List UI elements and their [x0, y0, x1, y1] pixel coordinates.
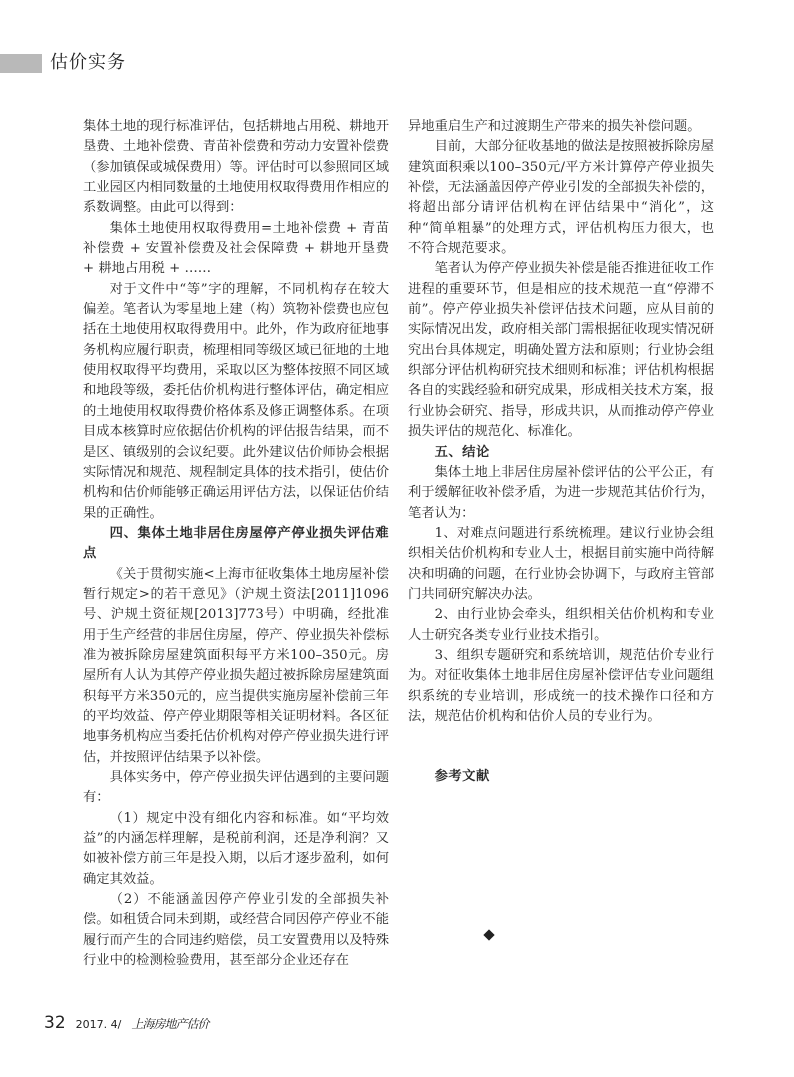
page-footer: 32 2017. 4/ 上海房地产估价	[44, 1013, 208, 1033]
paragraph: 笔者认为停产停业损失补偿是能否推进征收工作进程的重要环节，但是相应的技术规范一直…	[408, 259, 714, 442]
issue-date: 2017. 4/	[76, 1018, 122, 1031]
section-heading-4: 四、集体土地非居住房屋停产停业损失评估难点	[83, 524, 389, 565]
paragraph: 3、组织专题研究和系统培训，规范估价专业行为。对征收集体土地非居住房屋补偿评估专…	[408, 646, 714, 727]
references-heading: 参考文献	[408, 767, 714, 787]
paragraph: 具体实务中，停产停业损失评估遇到的主要问题有：	[83, 768, 389, 809]
right-column: 异地重启生产和过渡期生产带来的损失补偿问题。 目前，大部分征收基地的做法是按照被…	[408, 117, 714, 788]
section-header-bar	[0, 54, 42, 73]
diamond-icon	[483, 929, 494, 940]
page-number: 32	[44, 1013, 66, 1033]
paragraph: 《关于贯彻实施<上海市征收集体土地房屋补偿暂行规定>的若干意见》（沪规土资法[2…	[83, 565, 389, 768]
paragraph: 1、对难点问题进行系统梳理。建议行业协会组织相关估价机构和专业人士，根据目前实施…	[408, 524, 714, 605]
section-title: 估价实务	[50, 51, 126, 75]
paragraph: （2）不能涵盖因停产停业引发的全部损失补偿。如租赁合同未到期，或经营合同因停产停…	[83, 890, 389, 971]
section-heading-5: 五、结论	[408, 443, 714, 463]
left-column: 集体土地的现行标准评估，包括耕地占用税、耕地开垦费、土地补偿费、青苗补偿费和劳动…	[83, 117, 389, 971]
paragraph: 2、由行业协会牵头，组织相关估价机构和专业人士研究各类专业行业技术指引。	[408, 605, 714, 646]
paragraph: （1）规定中没有细化内容和标准。如“平均效益”的内涵怎样理解，是税前利润，还是净…	[83, 809, 389, 890]
paragraph: 目前，大部分征收基地的做法是按照被拆除房屋建筑面积乘以100–350元/平方米计…	[408, 137, 714, 259]
paragraph: 对于文件中“等”字的理解，不同机构存在较大偏差。笔者认为零星地上建（构）筑物补偿…	[83, 280, 389, 524]
paragraph: 异地重启生产和过渡期生产带来的损失补偿问题。	[408, 117, 714, 137]
journal-logo: 上海房地产估价	[131, 1015, 208, 1032]
paragraph: 集体土地上非居住房屋补偿评估的公平公正，有利于缓解征收补偿矛盾，为进一步规范其估…	[408, 463, 714, 524]
paragraph: 集体土地使用权取得费用=土地补偿费 + 青苗补偿费 + 安置补偿费及社会保障费 …	[83, 219, 389, 280]
paragraph: 集体土地的现行标准评估，包括耕地占用税、耕地开垦费、土地补偿费、青苗补偿费和劳动…	[83, 117, 389, 219]
